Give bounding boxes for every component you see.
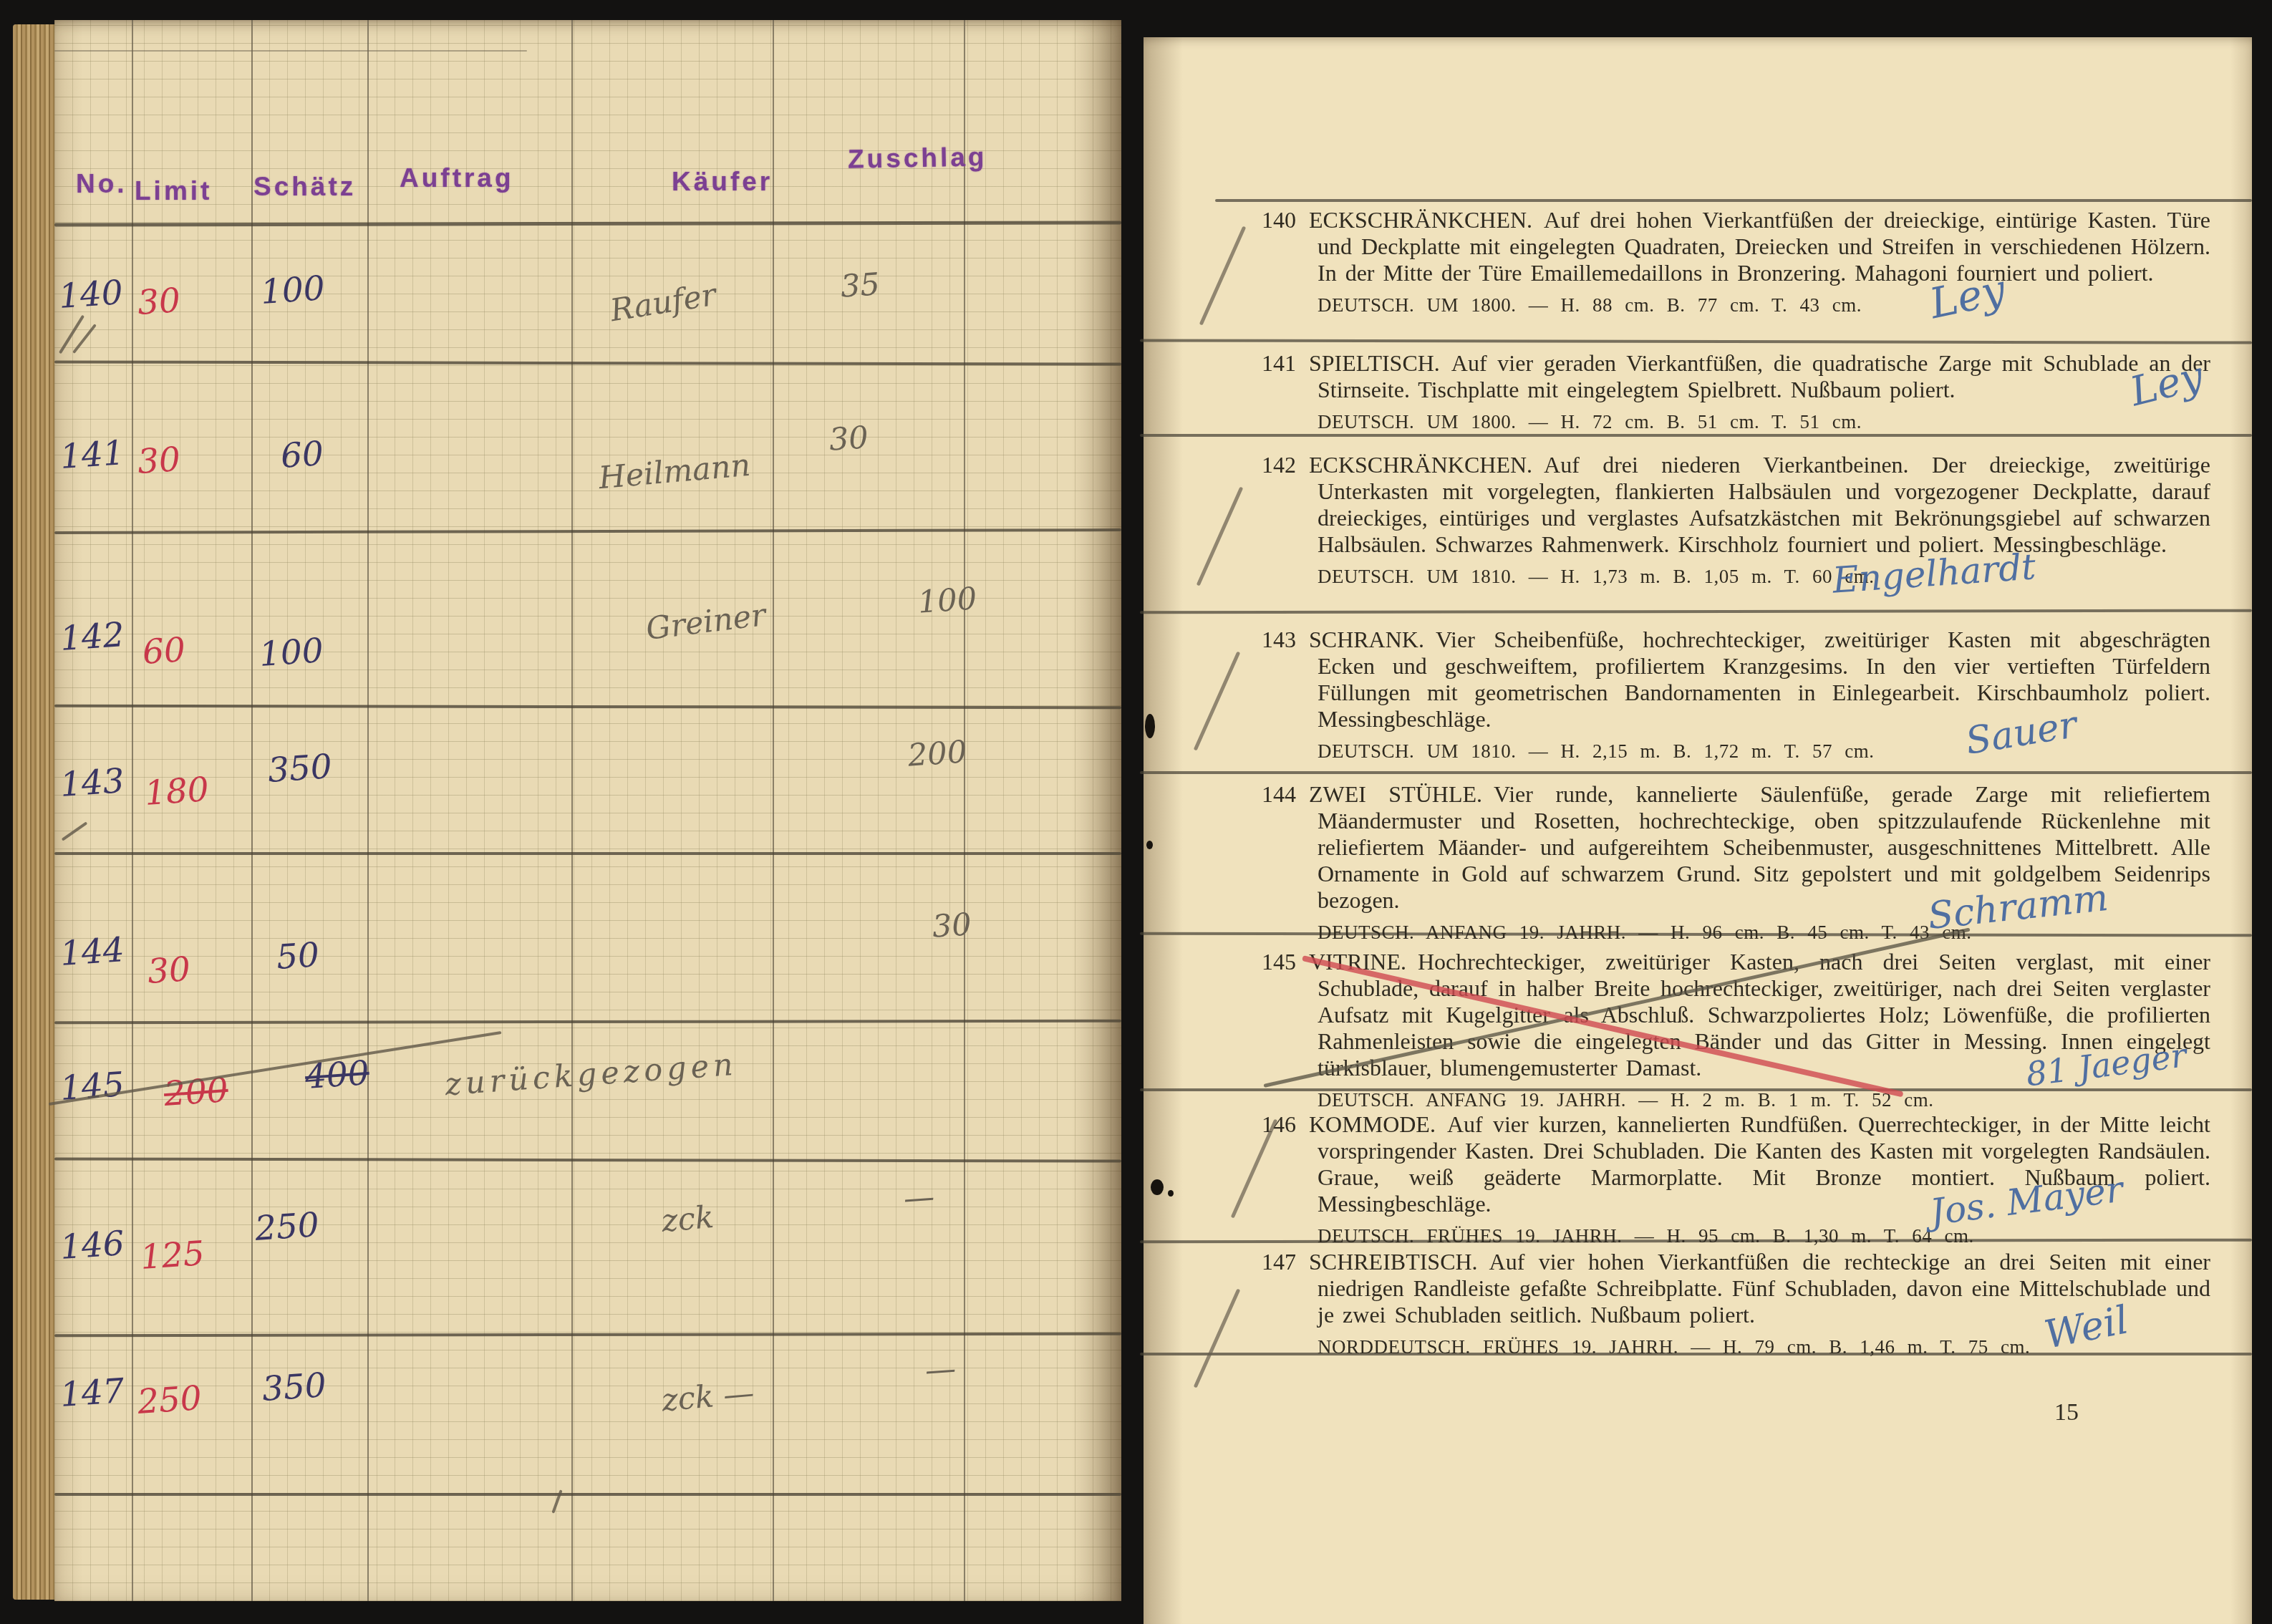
entry-dimensions: DEUTSCH. ANFANG 19. JAHRH. — H. 2 m. B. … (1318, 1087, 2210, 1113)
entry-number: 140 (1262, 207, 1296, 233)
ledger-cell-schaetz: 350 (261, 1366, 327, 1409)
ledger-cell-limit: 250 (136, 1378, 203, 1422)
entry-dimensions: DEUTSCH. UM 1800. — H. 72 cm. B. 51 cm. … (1318, 409, 2210, 435)
ledger-cell-zuschlag: 100 (917, 581, 977, 621)
entry-dimensions: DEUTSCH. FRÜHES 19. JAHRH. — H. 95 cm. B… (1318, 1223, 2210, 1250)
column-line (773, 20, 774, 1601)
ledger-cell-schaetz: 50 (275, 935, 321, 977)
entry-rule (1140, 609, 2252, 614)
entry-number: 147 (1262, 1249, 1296, 1275)
ledger-cell-schaetz: 250 (253, 1205, 320, 1249)
page-stack-edge (13, 24, 56, 1600)
ledger-rule (54, 360, 1121, 365)
column-line (964, 20, 965, 1601)
catalog-page: 140ECKSCHRÄNKCHEN. Auf drei hohen Vierka… (1144, 37, 2252, 1624)
catalog-entry: 142ECKSCHRÄNKCHEN. Auf drei niederen Vie… (1262, 452, 2210, 590)
column-line (367, 20, 369, 1601)
ledger-cell-zuschlag: — (902, 1179, 935, 1217)
ledger-cell-kaeufer: zck — (660, 1375, 755, 1418)
entry-rule (1140, 339, 2252, 344)
entry-dimensions: DEUTSCH. ANFANG 19. JAHRH. — H. 96 cm. B… (1318, 919, 2210, 946)
entry-number: 145 (1262, 949, 1296, 975)
ink-blot (1145, 714, 1155, 738)
ledger-cell-no: 140 (57, 273, 124, 316)
column-line (571, 20, 573, 1601)
check-mark (59, 315, 84, 354)
check-mark (1197, 486, 1244, 586)
entry-number: 141 (1262, 350, 1296, 376)
entry-title: ECKSCHRÄNKCHEN. (1309, 452, 1532, 478)
ledger-rule (54, 528, 1121, 534)
ledger-cell-limit: 30 (136, 440, 182, 482)
ledger-cell-no: 143 (59, 761, 125, 805)
ledger-rule (54, 1157, 1121, 1162)
entry-number: 143 (1262, 627, 1296, 652)
ledger-cell-limit: 60 (141, 630, 187, 672)
ledger-cell-no: 147 (59, 1371, 125, 1415)
entry-title: KOMMODE. (1309, 1111, 1436, 1137)
check-mark (62, 821, 88, 841)
entry-title: SCHREIBTISCH. (1309, 1249, 1478, 1275)
column-line (251, 20, 253, 1601)
ledger-rule (54, 1333, 1121, 1338)
ledger-rule (54, 1493, 1121, 1496)
entry-number: 146 (1262, 1111, 1296, 1137)
catalog-entry: 140ECKSCHRÄNKCHEN. Auf drei hohen Vierka… (1262, 207, 2210, 319)
ledger-cell-kaeufer: Greiner (644, 597, 768, 647)
ink-blot (1151, 1179, 1164, 1195)
catalog-entry: 141SPIELTISCH. Auf vier geraden Vierkant… (1262, 350, 2210, 435)
ledger-cell-schaetz: 100 (259, 269, 326, 312)
page-number: 15 (2054, 1399, 2079, 1426)
entry-title: SPIELTISCH. (1309, 350, 1440, 376)
ledger-cell-zuschlag: — (924, 1351, 957, 1389)
entry-rule (1140, 771, 2252, 774)
check-mark (1194, 651, 1241, 750)
entry-number: 142 (1262, 452, 1296, 478)
ledger-cell-zuschlag: 35 (839, 266, 881, 305)
ledger-cell-limit: 30 (146, 949, 192, 992)
entry-body: Vier Scheibenfüße, hochrechteckiger, zwe… (1318, 627, 2210, 732)
entry-dimensions: DEUTSCH. UM 1800. — H. 88 cm. B. 77 cm. … (1318, 292, 2210, 319)
ledger-rule (54, 852, 1121, 855)
ledger-cell-kaeufer: zck (660, 1199, 715, 1239)
ledger-cell-no: 144 (59, 930, 125, 974)
entry-title: ECKSCHRÄNKCHEN. (1309, 207, 1532, 233)
ledger-rule (54, 705, 1121, 710)
ledger-cell-no: 141 (59, 433, 125, 477)
ink-blot (1168, 1190, 1174, 1197)
ledger-cell-zuschlag: 30 (931, 907, 972, 945)
ledger-header-zuschlag: Zuschlag (848, 142, 987, 174)
ledger-header-auftrag: Auftrag (400, 163, 514, 193)
ledger-header-kaeufer: Käufer (672, 167, 773, 197)
entry-rule (1215, 199, 2252, 202)
ledger-header-schaetz: Schätz (253, 172, 356, 202)
ledger-cell-kaeufer: Heilmann (597, 448, 752, 496)
ledger-rule (54, 50, 527, 52)
check-mark (1194, 1288, 1241, 1388)
ledger-cell-schaetz: 60 (279, 434, 325, 476)
ledger-cell-no: 146 (59, 1224, 125, 1267)
ledger-cell-kaeufer: Raufer (608, 277, 719, 329)
ledger-cell-limit: 125 (139, 1234, 206, 1277)
ledger-cell-note: zurückgezogen (444, 1047, 738, 1103)
ledger-cell-limit: 30 (136, 281, 182, 323)
entry-title: ZWEI STÜHLE. (1309, 781, 1482, 807)
ledger-cell-schaetz: 100 (258, 631, 324, 675)
ink-blot (1146, 841, 1153, 849)
entry-dimensions: DEUTSCH. UM 1810. — H. 1,73 m. B. 1,05 m… (1318, 564, 2210, 590)
ledger-cell-zuschlag: 30 (828, 420, 869, 458)
ledger-cell-schaetz: 350 (266, 747, 333, 791)
entry-number: 144 (1262, 781, 1296, 807)
ledger-cell-zuschlag: 200 (907, 734, 967, 774)
entry-body: Auf vier geraden Vierkantfüßen, die quad… (1318, 350, 2210, 402)
book-scan: No. Limit Schätz Auftrag Käufer Zuschlag… (0, 0, 2272, 1624)
ledger-header-no: No. (76, 169, 127, 199)
ledger-header-rule (54, 221, 1121, 226)
ledger-header-limit: Limit (135, 176, 212, 206)
ledger-cell-no: 142 (59, 615, 125, 659)
check-mark (1199, 226, 1247, 325)
ledger-page: No. Limit Schätz Auftrag Käufer Zuschlag… (54, 20, 1121, 1601)
entry-title: SCHRANK. (1309, 627, 1424, 652)
column-line (132, 20, 133, 1601)
ledger-cell-limit: 180 (143, 770, 210, 813)
ledger-rule (54, 1020, 1121, 1025)
